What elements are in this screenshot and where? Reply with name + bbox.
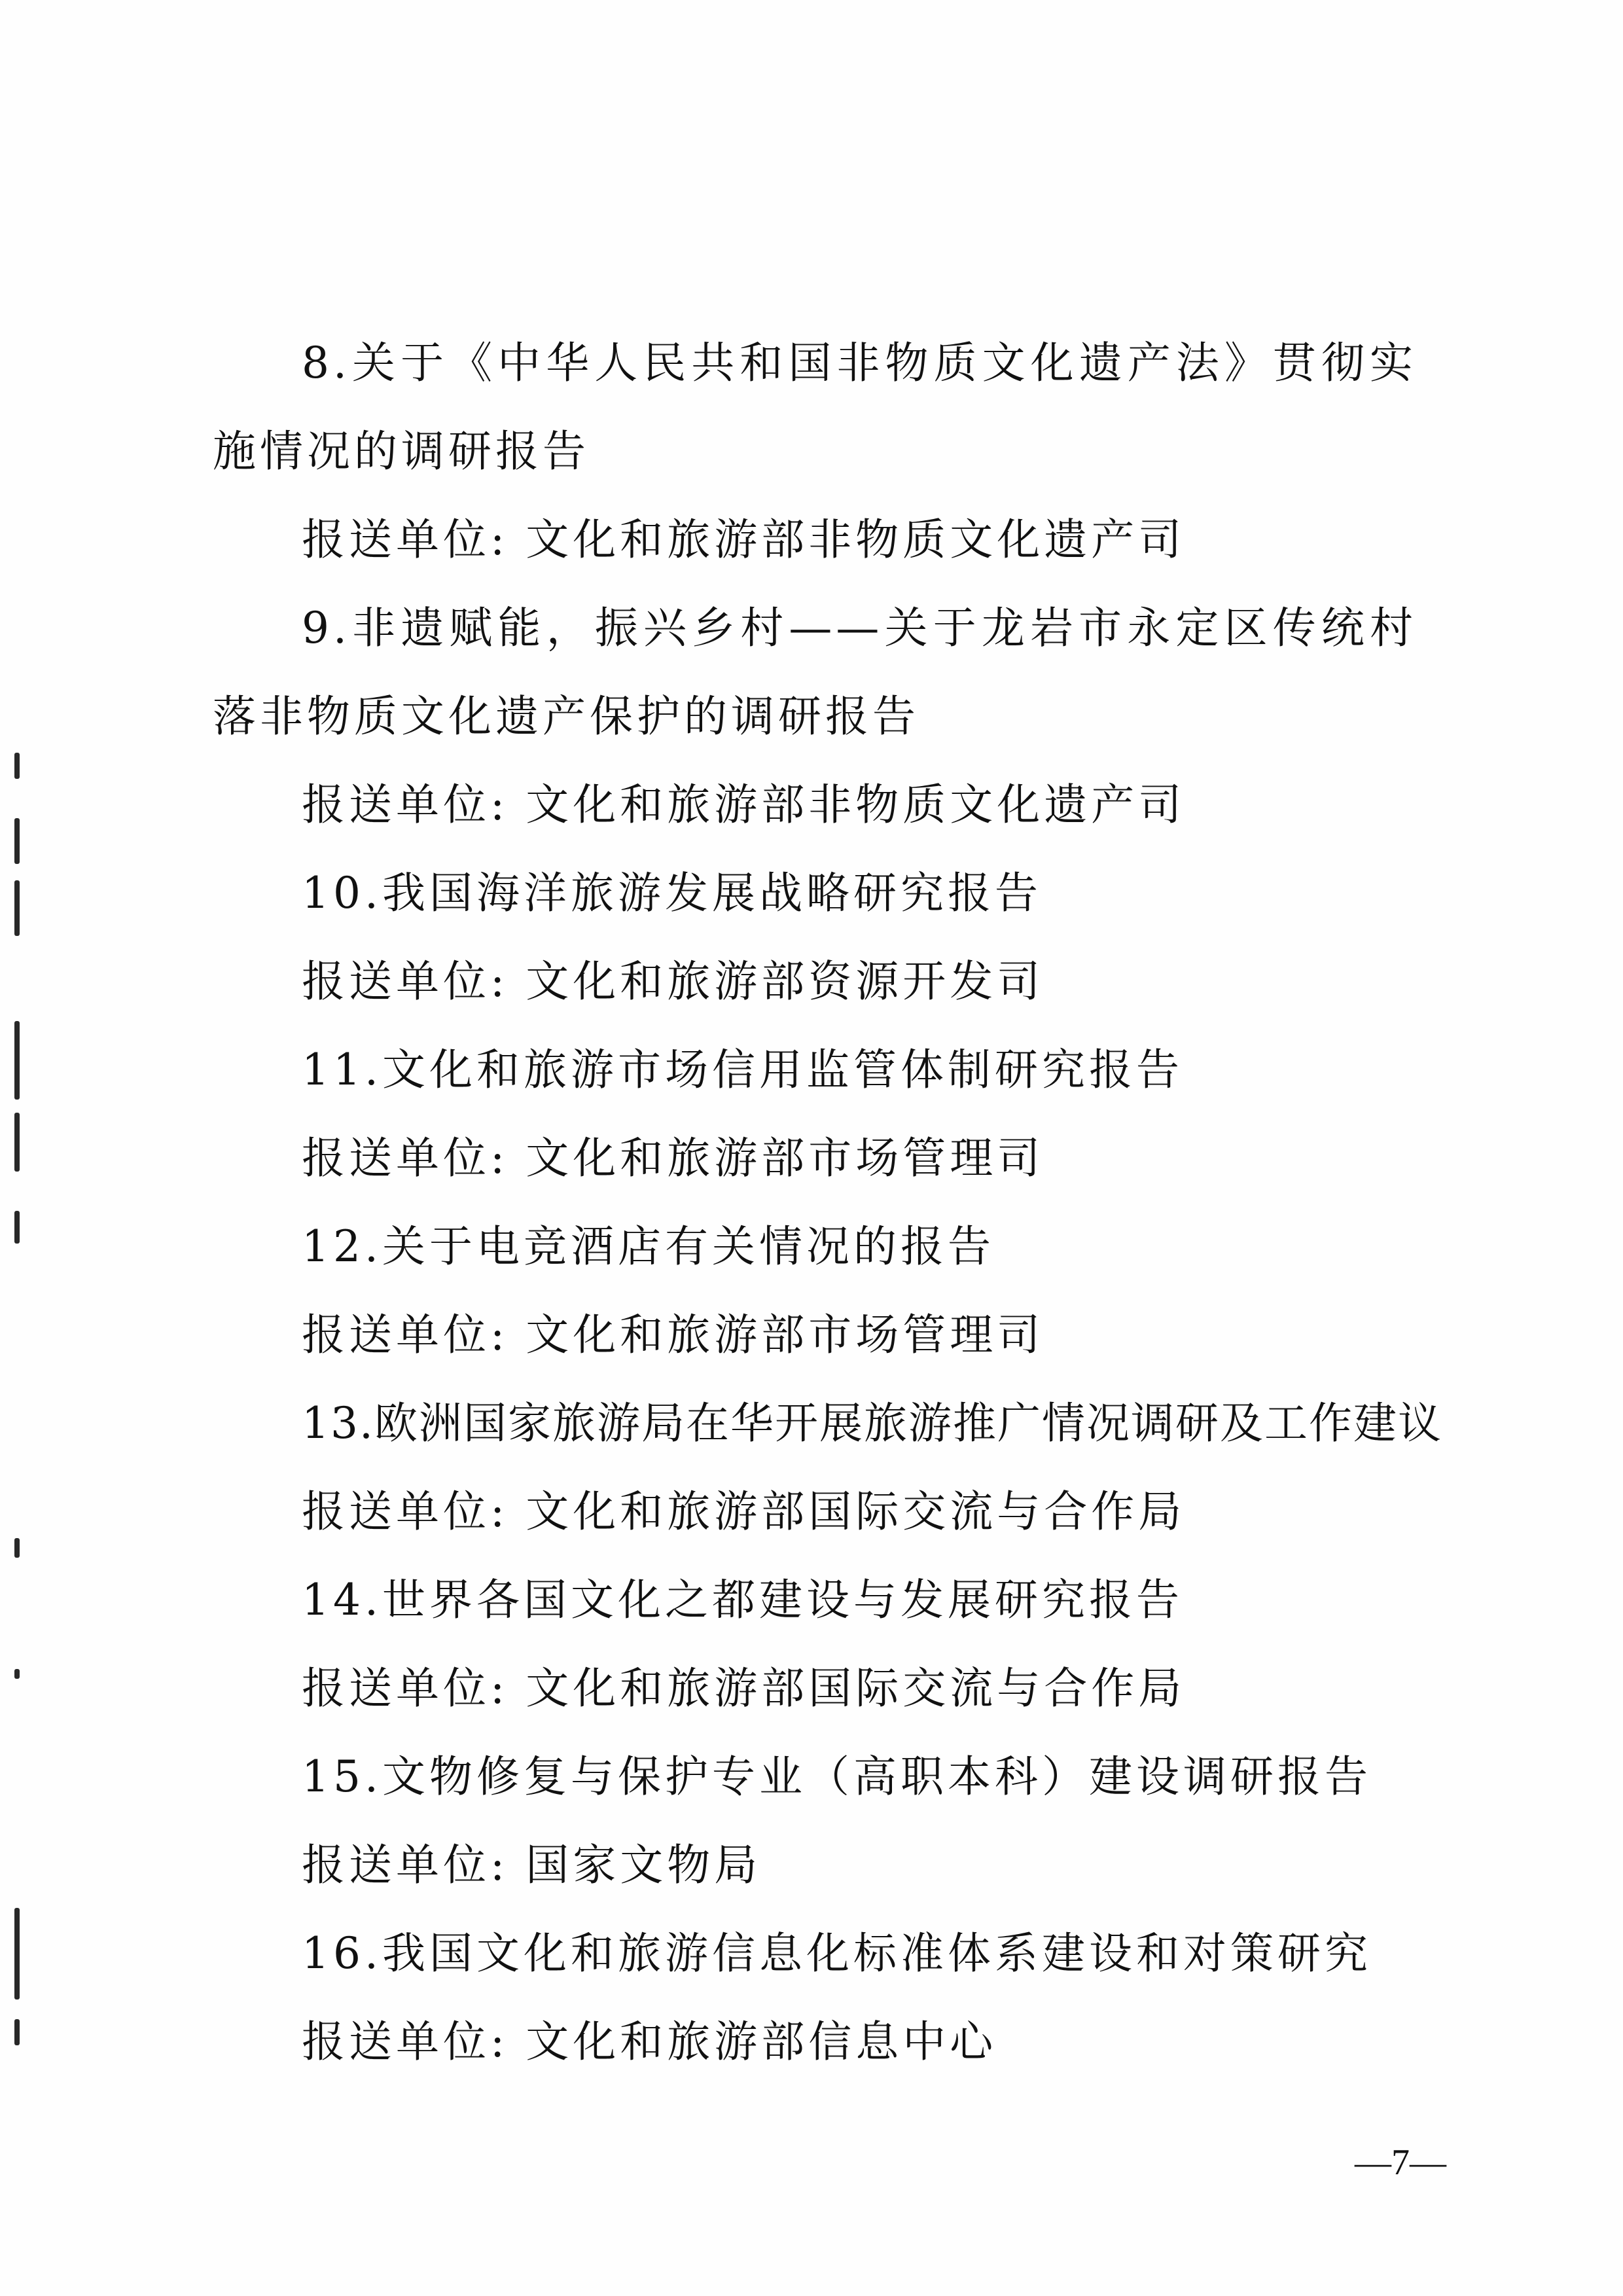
report-entry: 15.文物修复与保护专业（高职本科）建设调研报告 报送单位:国家文物局: [213, 1732, 1417, 1909]
scan-edge-mark: [14, 1021, 20, 1100]
submitting-unit-label: 报送单位:: [302, 1486, 508, 1537]
scan-edge-mark: [14, 1669, 20, 1679]
submitting-unit-label: 报送单位:: [302, 956, 508, 1007]
submitting-unit-label: 报送单位:: [302, 780, 508, 830]
submitting-unit: 报送单位:文化和旅游部信息中心: [213, 1998, 1417, 2086]
report-title: 13.欧洲国家旅游局在华开展旅游推广情况调研及工作建议: [213, 1379, 1417, 1467]
submitting-unit: 报送单位:文化和旅游部国际交流与合作局: [213, 1644, 1417, 1732]
report-number: 14.: [302, 1575, 382, 1625]
report-title-text: 文化和旅游市场信用监管体制研究报告: [382, 1045, 1183, 1095]
report-title-text: 我国文化和旅游信息化标准体系建设和对策研究: [382, 1928, 1372, 1979]
scan-edge-mark: [14, 1211, 20, 1244]
report-entry: 12.关于电竞酒店有关情况的报告 报送单位:文化和旅游部市场管理司: [213, 1202, 1417, 1379]
submitting-unit: 报送单位:文化和旅游部市场管理司: [213, 1114, 1417, 1202]
submitting-unit: 报送单位:文化和旅游部资源开发司: [213, 937, 1417, 1026]
scan-edge-mark: [14, 1908, 20, 2000]
report-entry: 8.关于《中华人民共和国非物质文化遗产法》贯彻实施情况的调研报告 报送单位:文化…: [213, 319, 1417, 584]
report-title: 14.世界各国文化之都建设与发展研究报告: [213, 1556, 1417, 1644]
report-number: 11.: [302, 1045, 382, 1095]
submitting-unit-label: 报送单位:: [302, 1133, 508, 1183]
submitting-unit-value: 文化和旅游部市场管理司: [526, 1310, 1044, 1360]
report-entry: 16.我国文化和旅游信息化标准体系建设和对策研究 报送单位:文化和旅游部信息中心: [213, 1909, 1417, 2086]
submitting-unit-label: 报送单位:: [302, 1310, 508, 1360]
report-number: 9.: [302, 603, 351, 653]
submitting-unit-label: 报送单位:: [302, 514, 508, 565]
report-entry: 9.非遗赋能，振兴乡村——关于龙岩市永定区传统村落非物质文化遗产保护的调研报告 …: [213, 584, 1417, 849]
report-title: 9.非遗赋能，振兴乡村——关于龙岩市永定区传统村落非物质文化遗产保护的调研报告: [213, 584, 1417, 761]
document-page: 8.关于《中华人民共和国非物质文化遗产法》贯彻实施情况的调研报告 报送单位:文化…: [0, 0, 1623, 2296]
report-entry: 13.欧洲国家旅游局在华开展旅游推广情况调研及工作建议 报送单位:文化和旅游部国…: [213, 1379, 1417, 1556]
report-number: 12.: [302, 1221, 382, 1272]
report-entry: 10.我国海洋旅游发展战略研究报告 报送单位:文化和旅游部资源开发司: [213, 849, 1417, 1026]
submitting-unit: 报送单位:文化和旅游部非物质文化遗产司: [213, 761, 1417, 849]
report-entry: 11.文化和旅游市场信用监管体制研究报告 报送单位:文化和旅游部市场管理司: [213, 1026, 1417, 1202]
report-list: 8.关于《中华人民共和国非物质文化遗产法》贯彻实施情况的调研报告 报送单位:文化…: [213, 319, 1417, 2086]
scan-edge-mark: [14, 753, 20, 779]
page-number: —7—: [1355, 2142, 1446, 2183]
report-entry: 14.世界各国文化之都建设与发展研究报告 报送单位:文化和旅游部国际交流与合作局: [213, 1556, 1417, 1732]
submitting-unit-value: 文化和旅游部资源开发司: [526, 956, 1044, 1007]
report-title-text: 世界各国文化之都建设与发展研究报告: [382, 1575, 1183, 1625]
report-number: 15.: [302, 1751, 382, 1802]
submitting-unit-value: 文化和旅游部非物质文化遗产司: [526, 514, 1185, 565]
report-number: 8.: [302, 338, 351, 388]
submitting-unit-value: 文化和旅游部非物质文化遗产司: [526, 780, 1185, 830]
report-number: 10.: [302, 868, 382, 918]
scan-edge-mark: [14, 1113, 20, 1172]
submitting-unit-value: 文化和旅游部信息中心: [526, 2017, 997, 2067]
submitting-unit-value: 文化和旅游部国际交流与合作局: [526, 1663, 1185, 1713]
submitting-unit-label: 报送单位:: [302, 1663, 508, 1713]
submitting-unit-value: 文化和旅游部国际交流与合作局: [526, 1486, 1185, 1537]
scan-edge-mark: [14, 1538, 20, 1558]
report-title: 12.关于电竞酒店有关情况的报告: [213, 1202, 1417, 1291]
scan-edge-mark: [14, 818, 20, 864]
submitting-unit: 报送单位:文化和旅游部非物质文化遗产司: [213, 495, 1417, 584]
report-title: 16.我国文化和旅游信息化标准体系建设和对策研究: [213, 1909, 1417, 1998]
scan-edge-mark: [14, 2019, 20, 2045]
submitting-unit: 报送单位:国家文物局: [213, 1821, 1417, 1909]
submitting-unit-label: 报送单位:: [302, 2017, 508, 2067]
submitting-unit-label: 报送单位:: [302, 1840, 508, 1890]
report-number: 13.: [302, 1398, 374, 1448]
report-number: 16.: [302, 1928, 382, 1979]
submitting-unit: 报送单位:文化和旅游部国际交流与合作局: [213, 1467, 1417, 1556]
report-title: 11.文化和旅游市场信用监管体制研究报告: [213, 1026, 1417, 1114]
report-title: 10.我国海洋旅游发展战略研究报告: [213, 849, 1417, 937]
report-title: 8.关于《中华人民共和国非物质文化遗产法》贯彻实施情况的调研报告: [213, 319, 1417, 495]
submitting-unit-value: 文化和旅游部市场管理司: [526, 1133, 1044, 1183]
report-title-text: 非遗赋能，振兴乡村——关于龙岩市永定区传统村落非物质文化遗产保护的调研报告: [213, 603, 1417, 742]
report-title-text: 关于电竞酒店有关情况的报告: [382, 1221, 995, 1272]
report-title-text: 我国海洋旅游发展战略研究报告: [382, 868, 1042, 918]
submitting-unit-value: 国家文物局: [526, 1840, 761, 1890]
submitting-unit: 报送单位:文化和旅游部市场管理司: [213, 1291, 1417, 1379]
scan-edge-mark: [14, 880, 20, 936]
report-title: 15.文物修复与保护专业（高职本科）建设调研报告: [213, 1732, 1417, 1821]
report-title-text: 关于《中华人民共和国非物质文化遗产法》贯彻实施情况的调研报告: [213, 338, 1417, 476]
report-title-text: 文物修复与保护专业（高职本科）建设调研报告: [382, 1751, 1372, 1802]
report-title-text: 欧洲国家旅游局在华开展旅游推广情况调研及工作建议: [374, 1398, 1442, 1448]
